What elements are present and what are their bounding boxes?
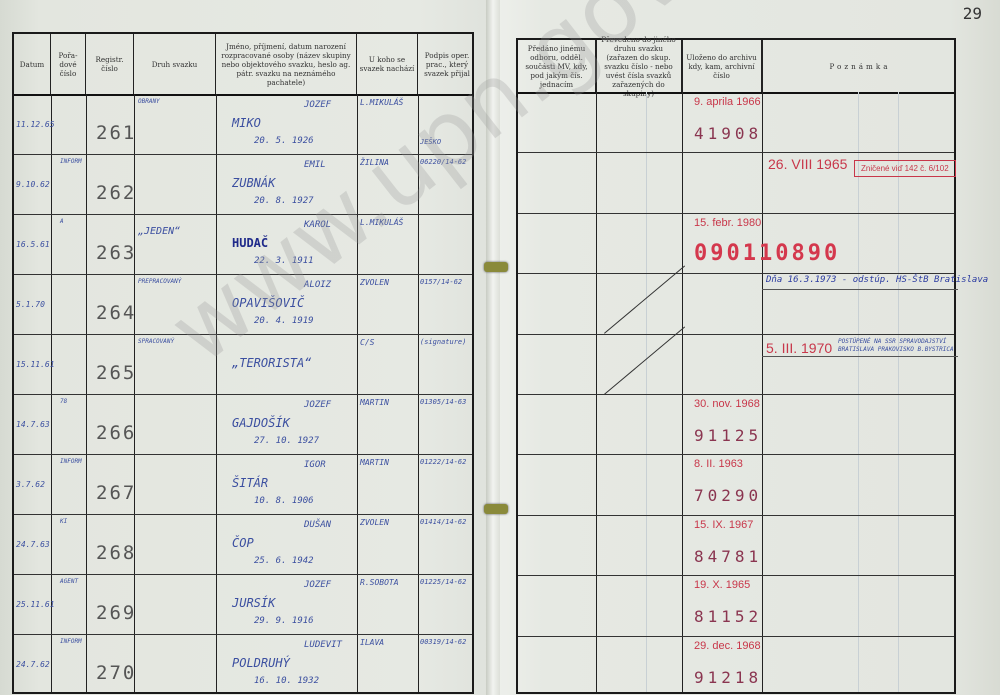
header-podpis: Podpis oper. prac., který svazek přijal — [418, 34, 476, 94]
surname: JURSÍK — [232, 596, 275, 610]
table-row: 30. nov. 1968 91125 — [518, 394, 958, 454]
archive-date-stamp: 9. aprila 1966 — [694, 96, 761, 108]
first-name: IGOR — [304, 460, 326, 470]
registration-number: 270 — [96, 662, 136, 684]
entry-date: 15.11.61 — [16, 360, 55, 369]
birth-date: 25. 6. 1942 — [254, 556, 314, 566]
surname: MIKO — [232, 116, 261, 130]
archive-number-stamp: 91218 — [694, 668, 762, 687]
file-location: ŽILINA — [360, 158, 389, 167]
first-name: JOZEF — [304, 400, 331, 410]
entry-date: 11.12.65 — [16, 120, 55, 129]
table-row: 11.12.65 261 OBRANY JOZEF MIKO 20. 5. 19… — [14, 94, 476, 154]
entry-date: 24.7.63 — [16, 540, 50, 549]
archive-number-stamp: 70290 — [694, 486, 762, 505]
archive-date-stamp: 29. dec. 1968 — [694, 640, 761, 652]
registration-number: 265 — [96, 362, 136, 384]
birth-date: 22. 3. 1911 — [254, 256, 314, 266]
register-table-right: Předáno jinému odboru, odděl. součásti M… — [516, 38, 956, 694]
file-location: MARTIN — [360, 398, 389, 407]
archive-date-stamp: 8. II. 1963 — [694, 458, 743, 470]
header-u-koho: U koho se svazek nachází — [357, 34, 418, 94]
entry-date: 24.7.62 — [16, 660, 50, 669]
file-type: OBRANY — [138, 98, 160, 105]
file-type: SPRACOVANÝ — [138, 338, 174, 345]
header-jmeno: Jméno, příjmení, datum narození rozpraco… — [216, 34, 357, 94]
surname: POLDRUHÝ — [232, 656, 290, 670]
first-name: ALOIZ — [304, 280, 331, 290]
table-row: 24.7.63 KI 268 DUŠAN ČOP 25. 6. 1942 ZVO… — [14, 514, 476, 574]
surname: ŠITÁR — [232, 476, 268, 490]
officer-signature: 01414/14-62 — [420, 518, 466, 526]
surname: ČOP — [232, 536, 254, 550]
file-location: ZVOLEN — [360, 278, 389, 287]
binding-staple-bottom — [484, 504, 508, 514]
entry-date: 3.7.62 — [16, 480, 45, 489]
file-location: C/S — [360, 338, 374, 347]
surname: „TERORISTA“ — [232, 356, 311, 370]
archive-number-stamp: 91125 — [694, 426, 762, 445]
book-gutter — [486, 0, 500, 695]
header-ulozeno: Uloženo do archivu kdy, kam, archivní čí… — [682, 40, 762, 92]
header-registr-cislo: Registr. číslo — [86, 34, 134, 94]
register-table-left: Datum Pořa-dové číslo Registr. číslo Dru… — [12, 32, 474, 694]
header-datum: Datum — [14, 34, 51, 94]
birth-date: 20. 5. 1926 — [254, 136, 314, 146]
archive-date-stamp: 19. X. 1965 — [694, 579, 750, 591]
table-row: 3.7.62 INFORM 267 IGOR ŠITÁR 10. 8. 1906… — [14, 454, 476, 514]
first-name: JOZEF — [304, 580, 331, 590]
table-row: 15. febr. 1980 090110890 — [518, 213, 958, 273]
entry-date: 14.7.63 — [16, 420, 50, 429]
file-location: L.MIKULÁŠ — [360, 98, 403, 107]
archive-date-stamp: 15. IX. 1967 — [694, 519, 753, 531]
registration-number: 261 — [96, 122, 136, 144]
file-location: ZVOLEN — [360, 518, 389, 527]
table-row: 25.11.61 AGENT 269 JOZEF JURSÍK 29. 9. 1… — [14, 574, 476, 634]
archive-date-stamp: 15. febr. 1980 — [694, 217, 761, 229]
file-location: L.MIKULÁŠ — [360, 218, 403, 227]
table-row: 9. aprila 1966 41908 — [518, 92, 958, 152]
first-name: EMIL — [304, 160, 326, 170]
remark-date-stamp: 26. VIII 1965 — [768, 156, 847, 172]
archive-number-stamp: 84781 — [694, 547, 762, 566]
archive-number-stamp: 090110890 — [694, 241, 840, 266]
birth-date: 16. 10. 1932 — [254, 676, 319, 686]
birth-date: 20. 4. 1919 — [254, 316, 314, 326]
header-prevedeno: Převedeno do jiného druhu svazku (zařaze… — [596, 40, 682, 92]
sequence-note: AGENT — [60, 578, 78, 585]
archive-number-stamp: 81152 — [694, 607, 762, 626]
entry-date: 16.5.61 — [16, 240, 50, 249]
sequence-note: INFORM — [60, 638, 82, 645]
table-row: 29. dec. 1968 91218 — [518, 636, 958, 695]
handwritten-remark: Dňa 16.3.1973 - odstúp. HS-ŠtB Bratislav… — [766, 275, 988, 285]
table-row: Dňa 16.3.1973 - odstúp. HS-ŠtB Bratislav… — [518, 273, 958, 333]
birth-date: 20. 8. 1927 — [254, 196, 314, 206]
surname: HUDAČ — [232, 236, 268, 250]
officer-signature: 01222/14-62 — [420, 458, 466, 466]
sequence-note: A — [60, 218, 64, 225]
page-number: 29 — [963, 4, 982, 23]
registration-number: 268 — [96, 542, 136, 564]
handwritten-remark: POSTÚPENÉ NA SSR SPRAVODAJSTVÍ BRATISLAV… — [838, 338, 958, 354]
entry-date: 9.10.62 — [16, 180, 50, 189]
officer-signature: 01225/14-62 — [420, 578, 466, 586]
birth-date: 27. 10. 1927 — [254, 436, 319, 446]
table-row: 15.11.61 265 SPRACOVANÝ „TERORISTA“ C/S … — [14, 334, 476, 394]
table-row: 9.10.62 INFORM 262 EMIL ZUBNÁK 20. 8. 19… — [14, 154, 476, 214]
first-name: DUŠAN — [304, 520, 331, 530]
registration-number: 263 — [96, 242, 136, 264]
archive-number-stamp: 41908 — [694, 124, 762, 143]
registration-number: 266 — [96, 422, 136, 444]
surname: OPAVIŠOVIČ — [232, 296, 304, 310]
binding-staple-top — [484, 262, 508, 272]
table-row: 8. II. 1963 70290 — [518, 454, 958, 514]
officer-signature: 0157/14-62 — [420, 278, 462, 286]
first-name: LUDEVIT — [304, 640, 342, 650]
file-location: R.SOBOTA — [360, 578, 399, 587]
first-name: JOZEF — [304, 100, 331, 110]
table-row: 26. VIII 1965 Zničené viď 142 č. 6/102 — [518, 152, 958, 212]
entry-date: 5.1.70 — [16, 300, 45, 309]
surname: GAJDOŠÍK — [232, 416, 290, 430]
header-poradove-cislo: Pořa-dové číslo — [51, 34, 86, 94]
registration-number: 264 — [96, 302, 136, 324]
header-poznamka: Poznámka — [762, 40, 958, 92]
birth-date: 29. 9. 1916 — [254, 616, 314, 626]
officer-signature: 06220/14-62 — [420, 158, 466, 166]
sequence-note: INFORM — [60, 158, 82, 165]
entry-date: 25.11.61 — [16, 600, 55, 609]
registration-number: 269 — [96, 602, 136, 624]
table-row: 19. X. 1965 81152 — [518, 575, 958, 635]
destroyed-stamp: Zničené viď 142 č. 6/102 — [854, 160, 956, 177]
archive-date-stamp: 30. nov. 1968 — [694, 398, 760, 410]
birth-date: 10. 8. 1906 — [254, 496, 314, 506]
sequence-note: INFORM — [60, 458, 82, 465]
sequence-note: 78 — [60, 398, 67, 405]
officer-signature: 00319/14-62 — [420, 638, 466, 646]
file-type: „JEDEN“ — [138, 226, 180, 237]
registration-number: 262 — [96, 182, 136, 204]
table-row: 24.7.62 INFORM 270 LUDEVIT POLDRUHÝ 16. … — [14, 634, 476, 694]
table-row: 5.1.70 264 PREPRACOVANÝ ALOIZ OPAVIŠOVIČ… — [14, 274, 476, 334]
first-name: KAROL — [304, 220, 331, 230]
header-druh-svazku: Druh svazku — [134, 34, 216, 94]
sequence-note: KI — [60, 518, 67, 525]
officer-signature: (signature) — [420, 338, 466, 346]
table-row: 16.5.61 A 263 „JEDEN“ KAROL HUDAČ 22. 3.… — [14, 214, 476, 274]
table-row: 15. IX. 1967 84781 — [518, 515, 958, 575]
table-row: 14.7.63 78 266 JOZEF GAJDOŠÍK 27. 10. 19… — [14, 394, 476, 454]
table-row: 5. III. 1970 POSTÚPENÉ NA SSR SPRAVODAJS… — [518, 334, 958, 394]
surname: ZUBNÁK — [232, 176, 275, 190]
registration-number: 267 — [96, 482, 136, 504]
file-location: MARTIN — [360, 458, 389, 467]
file-location: ILAVA — [360, 638, 384, 647]
remark-date-stamp: 5. III. 1970 — [766, 340, 832, 356]
officer-signature: JEŠKO — [420, 138, 441, 146]
header-predano: Předáno jinému odboru, odděl. součásti M… — [518, 40, 596, 92]
file-type: PREPRACOVANÝ — [138, 278, 181, 285]
officer-signature: 01305/14-63 — [420, 398, 466, 406]
